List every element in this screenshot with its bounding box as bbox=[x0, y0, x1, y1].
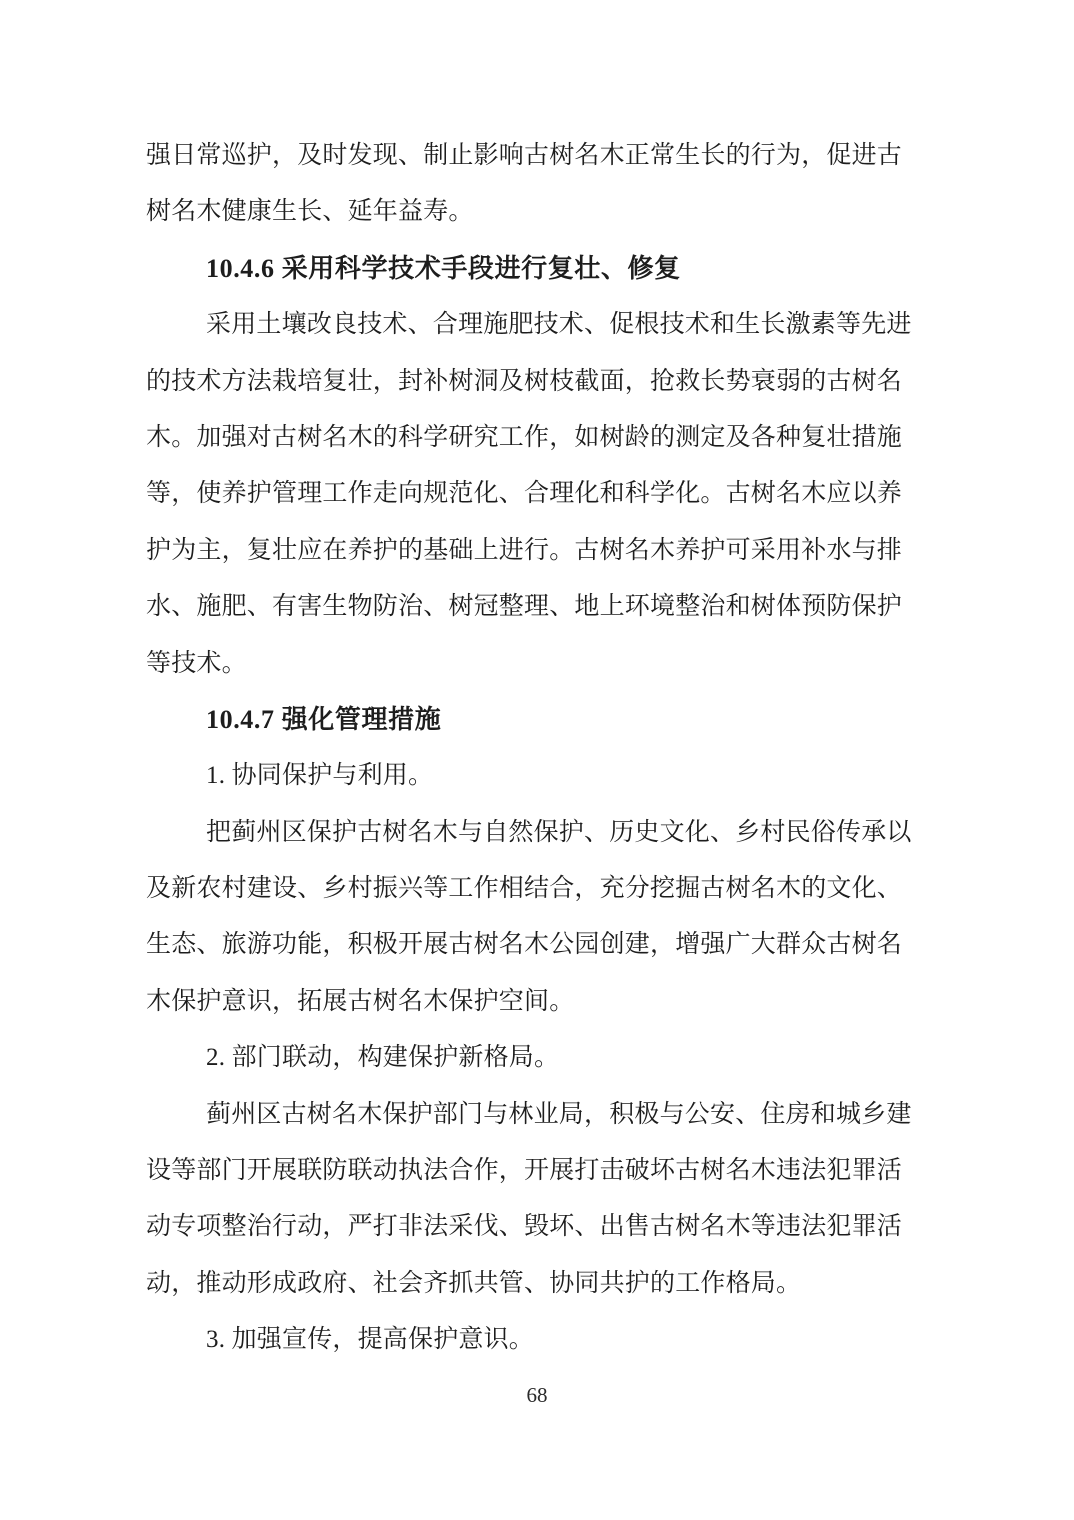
document-page: 强日常巡护，及时发现、制止影响古树名木正常生长的行为，促进古 树名木健康生长、延… bbox=[0, 0, 1074, 1520]
body-line: 动，推动形成政府、社会齐抓共管、协同共护的工作格局。 bbox=[146, 1256, 904, 1312]
body-line: 护为主，复壮应在养护的基础上进行。古树名木养护可采用补水与排 bbox=[146, 523, 904, 579]
body-line: 动专项整治行动，严打非法采伐、毁坏、出售古树名木等违法犯罪活 bbox=[146, 1199, 904, 1255]
body-line: 等技术。 bbox=[146, 636, 904, 692]
body-line: 及新农村建设、乡村振兴等工作相结合，充分挖掘古树名木的文化、 bbox=[146, 861, 904, 917]
body-line: 木保护意识，拓展古树名木保护空间。 bbox=[146, 974, 904, 1030]
body-line: 等，使养护管理工作走向规范化、合理化和科学化。古树名木应以养 bbox=[146, 466, 904, 522]
body-line: 把蓟州区保护古树名木与自然保护、历史文化、乡村民俗传承以 bbox=[146, 805, 904, 861]
body-line: 强日常巡护，及时发现、制止影响古树名木正常生长的行为，促进古 bbox=[146, 128, 904, 184]
body-line: 水、施肥、有害生物防治、树冠整理、地上环境整治和树体预防保护 bbox=[146, 579, 904, 635]
list-item-1: 1. 协同保护与利用。 bbox=[146, 748, 904, 804]
list-item-3: 3. 加强宣传，提高保护意识。 bbox=[146, 1312, 904, 1368]
body-line: 生态、旅游功能，积极开展古树名木公园创建，增强广大群众古树名 bbox=[146, 917, 904, 973]
body-line: 设等部门开展联防联动执法合作，开展打击破坏古树名木违法犯罪活 bbox=[146, 1143, 904, 1199]
section-heading-10-4-7: 10.4.7 强化管理措施 bbox=[146, 692, 904, 748]
document-body: 强日常巡护，及时发现、制止影响古树名木正常生长的行为，促进古 树名木健康生长、延… bbox=[146, 128, 904, 1369]
body-line: 树名木健康生长、延年益寿。 bbox=[146, 184, 904, 240]
body-line: 木。加强对古树名木的科学研究工作，如树龄的测定及各种复壮措施 bbox=[146, 410, 904, 466]
list-item-2: 2. 部门联动，构建保护新格局。 bbox=[146, 1030, 904, 1086]
body-line: 的技术方法栽培复壮，封补树洞及树枝截面，抢救长势衰弱的古树名 bbox=[146, 354, 904, 410]
section-heading-10-4-6: 10.4.6 采用科学技术手段进行复壮、修复 bbox=[146, 241, 904, 297]
body-line: 采用土壤改良技术、合理施肥技术、促根技术和生长激素等先进 bbox=[146, 297, 904, 353]
page-number: 68 bbox=[0, 1382, 1074, 1408]
body-line: 蓟州区古树名木保护部门与林业局，积极与公安、住房和城乡建 bbox=[146, 1087, 904, 1143]
